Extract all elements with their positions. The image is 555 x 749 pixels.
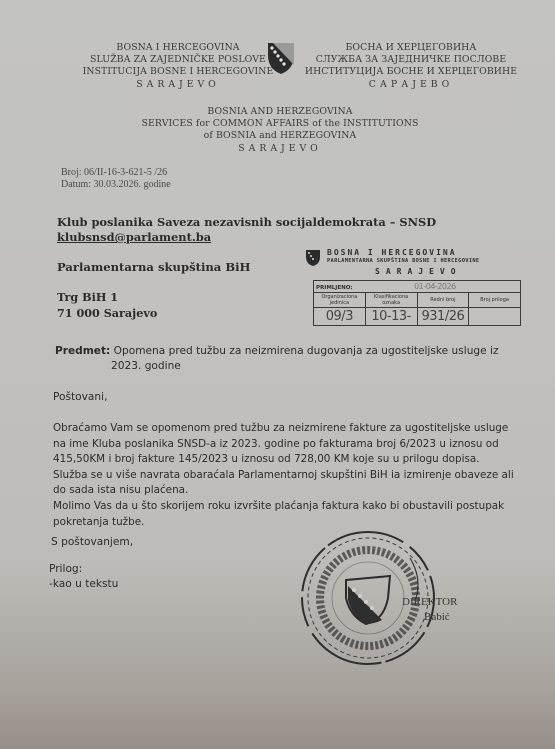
body-line: Služba se u više navrata obaraćala Parla… <box>53 468 514 484</box>
letterhead-cyrillic-line: СЛУЖБА ЗА ЗАЈЕДНИЧКЕ ПОСЛОВЕ <box>300 54 522 66</box>
subject-text-line2: 2023. godine <box>111 359 181 375</box>
letterhead-latin-line: BOSNA I HERCEGOVINA <box>78 42 278 54</box>
letterhead-english-line: BOSNIA AND HERZEGOVINA <box>130 106 430 118</box>
stamp-line3: SARAJEVO <box>375 267 462 276</box>
stamp-line1: BOSNA I HERCEGOVINA <box>327 248 457 257</box>
body-line: do sada ista nisu plaćena. <box>53 483 514 499</box>
body-line: Molimo Vas da u što skorijem roku izvrši… <box>53 499 514 515</box>
letterhead-english-city: SARAJEVO <box>130 143 430 155</box>
stamp-table: PRIMLJENO: 01-04-2026 Organizaciona jedi… <box>313 280 521 326</box>
letterhead-english-line: SERVICES for COMMON AFFAIRS of the INSTI… <box>130 118 430 130</box>
stamp-line2: PARLAMENTARNA SKUPŠTINA BOSNE I HERCEGOV… <box>327 258 479 264</box>
recipient-street: Trg BiH 1 <box>57 290 118 304</box>
stamp-received-value: 01-04-2026 <box>414 282 456 291</box>
letterhead-latin-line: INSTITUCIJA BOSNE I HERCEGOVINE <box>78 66 278 78</box>
reference-date: Datum: 30.03.2026. godine <box>61 179 171 191</box>
subject-label: Predmet: <box>55 345 110 357</box>
body-line: Obraćamo Vam se opomenom pred tužbu za n… <box>53 421 514 437</box>
stamp-col-header: Broj priloga <box>469 293 521 308</box>
stamp-col-header: Organizaciona jedinica <box>314 293 366 308</box>
body-line: 415,50KM i broj fakture 145/2023 u iznos… <box>53 452 514 468</box>
coat-of-arms-icon <box>266 41 296 75</box>
stamp-value: 10-13- <box>365 308 417 326</box>
subject-text-line1: Opomena pred tužbu za neizmirena dugovan… <box>114 345 499 357</box>
letterhead-cyrillic-line: БОСНА И ХЕРЦЕГОВИНА <box>300 42 522 54</box>
subject: Predmet: Opomena pred tužbu za neizmiren… <box>55 344 525 360</box>
stamp-col-header: Klasifikaciona oznaka <box>365 293 417 308</box>
body-line: pokretanja tužbe. <box>53 515 514 531</box>
letterhead-latin: BOSNA I HERCEGOVINA SLUŽBA ZA ZAJEDNIČKE… <box>78 42 278 91</box>
stamp-value: 931/26 <box>417 308 469 326</box>
recipient-email[interactable]: klubsnsd@parlament.ba <box>57 230 211 244</box>
attachment-value: -kao u tekstu <box>49 577 118 593</box>
letterhead-latin-city: SARAJEVO <box>78 79 278 91</box>
stamp-value: 09/3 <box>314 308 366 326</box>
salutation: Poštovani, <box>53 390 107 406</box>
stamp-value <box>469 308 521 326</box>
stamp-col-header: Redni broj <box>417 293 469 308</box>
letterhead-cyrillic: БОСНА И ХЕРЦЕГОВИНА СЛУЖБА ЗА ЗАЈЕДНИЧКЕ… <box>300 42 522 91</box>
recipient-institution: Parlamentarna skupština BiH <box>57 260 251 274</box>
recipient-name: Klub poslanika Saveza nezavisnih socijal… <box>57 215 436 229</box>
letterhead-latin-line: SLUŽBA ZA ZAJEDNIČKE POSLOVE <box>78 54 278 66</box>
reference-number: Broj: 06/II-16-3-621-5 /26 <box>61 167 171 179</box>
stamp-received-label: PRIMLJENO: <box>316 285 353 291</box>
letterhead-cyrillic-line: ИНСТИТУЦИЈА БОСНЕ И ХЕРЦЕГОВИНЕ <box>300 66 522 78</box>
body-line: na ime Kluba poslanika SNSD-a iz 2023. g… <box>53 437 514 453</box>
reference-block: Broj: 06/II-16-3-621-5 /26 Datum: 30.03.… <box>61 167 171 191</box>
letterhead-english-line: of BOSNIA and HERZEGOVINA <box>130 130 430 142</box>
letterhead-cyrillic-city: САРАЈЕВО <box>300 79 522 91</box>
official-seal-icon <box>298 528 438 668</box>
closing: S poštovanjem, <box>51 535 133 551</box>
letter-body: Obraćamo Vam se opomenom pred tužbu za n… <box>53 421 514 530</box>
stamp-emblem-icon <box>305 249 321 267</box>
recipient-city: 71 000 Sarajevo <box>57 306 157 320</box>
attachment-label: Prilog: <box>49 562 82 578</box>
letterhead-english: BOSNIA AND HERZEGOVINA SERVICES for COMM… <box>130 106 430 155</box>
